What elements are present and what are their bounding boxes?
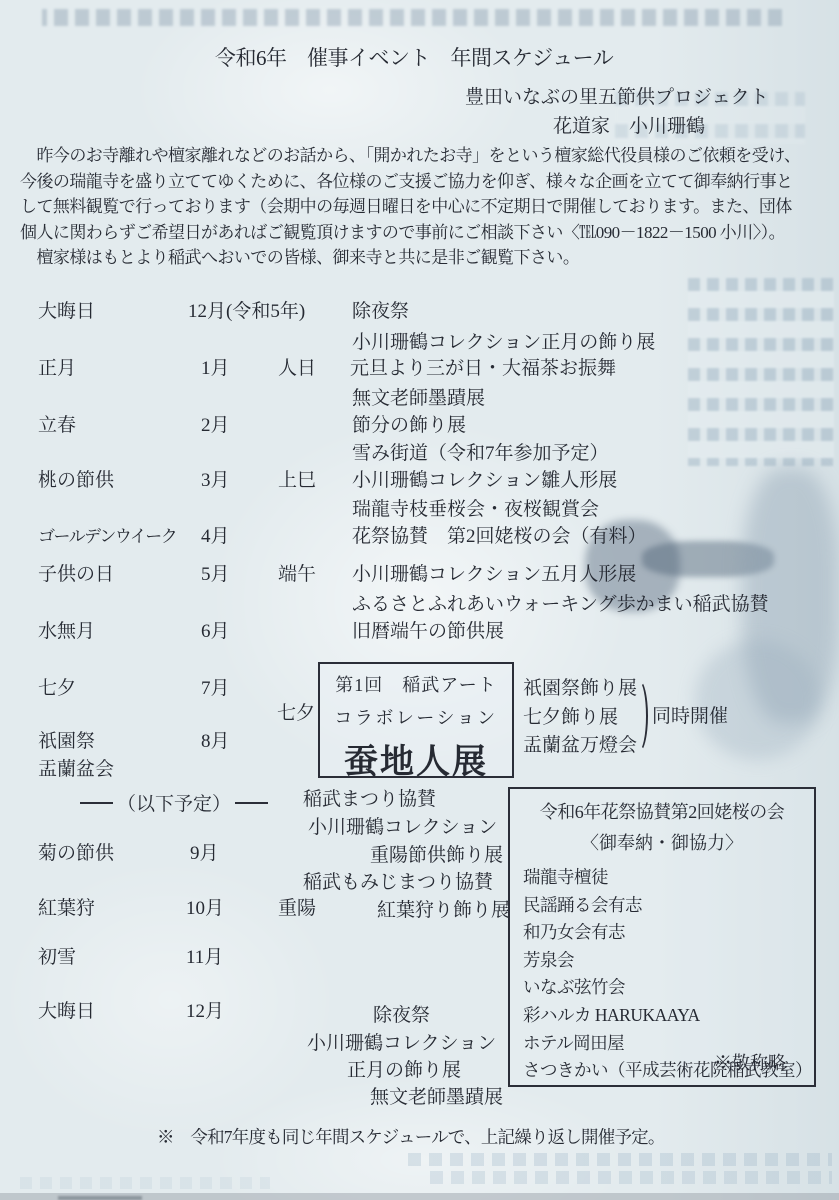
plan-divider-label: （以下予定） bbox=[117, 789, 231, 816]
row9-detail: 重陽節供飾り展 bbox=[370, 845, 503, 867]
row9-event: 菊の節供 bbox=[38, 843, 114, 865]
supporter-item: 民謡踊る会有志 bbox=[523, 892, 814, 920]
project-name: 豊田いなぶの里五節供プロジェクト bbox=[465, 87, 769, 109]
urabon-event: 盂蘭盆会 bbox=[38, 759, 114, 781]
art-box-line2: コラボレーション bbox=[334, 704, 497, 730]
row9-month: 9月 bbox=[190, 843, 219, 865]
bleedthrough-bottom-band bbox=[430, 1171, 832, 1184]
row6-day: 端午 bbox=[278, 564, 316, 586]
row12-month: 12月 bbox=[186, 1001, 224, 1023]
bleedthrough-top-band bbox=[42, 9, 782, 26]
row2-month: 1月 bbox=[201, 358, 230, 380]
supporter-item: 彩ハルカ HARUKAAYA bbox=[523, 1002, 814, 1030]
row12-detail: 無文老師墨蹟展 bbox=[370, 1087, 503, 1109]
joint-brace bbox=[629, 679, 648, 753]
row1-month: 12月(令和5年) bbox=[188, 301, 305, 323]
joint-item: 祇園祭飾り展 bbox=[523, 678, 637, 700]
row5-month: 4月 bbox=[201, 526, 230, 548]
row10-detail: 紅葉狩り飾り展 bbox=[377, 900, 510, 922]
intro-line: 個人に関わらずご希望日があればご観覧頂けますので事前にご相談下さい〈℡090－1… bbox=[20, 223, 785, 243]
divider-dash bbox=[235, 802, 268, 804]
supporter-item: 芳泉会 bbox=[523, 947, 814, 975]
supporters-box: 令和6年花祭協賛第2回姥桜の会 〈御奉納・御協力〉 瑞龍寺檀徒 民謡踊る会有志 … bbox=[508, 787, 816, 1087]
row2-detail: 元旦より三が日・大福茶お振舞 bbox=[350, 358, 616, 380]
row12-detail: 正月の飾り展 bbox=[347, 1060, 461, 1082]
divider-dash bbox=[80, 802, 113, 804]
row7-detail: 旧暦端午の節供展 bbox=[352, 621, 504, 643]
supporters-box-subtitle: 〈御奉納・御協力〉 bbox=[510, 829, 814, 855]
row4-event: 桃の節供 bbox=[38, 470, 114, 492]
joint-item: 七夕飾り展 bbox=[523, 707, 618, 729]
row3-detail: 節分の飾り展 bbox=[352, 415, 466, 437]
joint-label: 同時開催 bbox=[652, 706, 728, 728]
bleedthrough-bottom-band bbox=[20, 1177, 270, 1189]
row12-event: 大晦日 bbox=[38, 1001, 95, 1023]
bleedthrough-blob bbox=[642, 541, 774, 577]
scan-edge bbox=[0, 1193, 839, 1200]
supporter-item: 瑞龍寺檀徒 bbox=[523, 864, 814, 892]
joint-item: 盂蘭盆万燈会 bbox=[523, 735, 637, 757]
intro-line: 檀家様はもとより稲武へおいでの皆様、御来寺と共に是非ご観覧下さい。 bbox=[20, 248, 579, 268]
row6-event: 子供の日 bbox=[38, 564, 114, 586]
row6-month: 5月 bbox=[201, 564, 230, 586]
bleedthrough-right-text-block bbox=[688, 278, 834, 466]
row2-detail: 無文老師墨蹟展 bbox=[352, 388, 485, 410]
row3-event: 立春 bbox=[38, 415, 76, 437]
july-month: 7月 bbox=[201, 678, 230, 700]
bleedthrough-bottom-band bbox=[408, 1153, 832, 1166]
row10-event: 紅葉狩 bbox=[38, 898, 95, 920]
row5-detail: 花祭協賛 第2回姥桜の会（有料） bbox=[352, 526, 647, 548]
bleedthrough-blob bbox=[695, 640, 820, 760]
row1-event: 大晦日 bbox=[38, 301, 95, 323]
row4-day: 上巳 bbox=[278, 470, 316, 492]
row4-month: 3月 bbox=[201, 470, 230, 492]
art-exhibition-box: 第1回 稲武アート コラボレーション 蚕地人展 bbox=[318, 662, 514, 778]
plan-detail: 小川珊鶴コレクション bbox=[308, 817, 497, 839]
row5-event: ゴールデンウイーク bbox=[38, 527, 176, 547]
row9-detail: 稲武もみじまつり協賛 bbox=[303, 872, 493, 894]
row3-detail: 雪み街道（令和7年参加予定） bbox=[352, 443, 609, 465]
row6-detail: ふるさとふれあいウォーキング歩かまい稲武協賛 bbox=[352, 594, 769, 616]
honorifics-note: ※敬称略 bbox=[714, 1049, 786, 1075]
row10-day: 重陽 bbox=[278, 898, 316, 920]
supporter-item: いなぶ弦竹会 bbox=[523, 974, 814, 1002]
scanned-schedule-document: 令和6年 催事イベント 年間スケジュール 豊田いなぶの里五節供プロジェクト 花道… bbox=[0, 0, 839, 1200]
row12-detail: 除夜祭 bbox=[373, 1005, 430, 1027]
supporters-box-title: 令和6年花祭協賛第2回姥桜の会 bbox=[510, 798, 814, 824]
footer-note: ※ 令和7年度も同じ年間スケジュールで、上記繰り返し開催予定。 bbox=[157, 1127, 665, 1147]
row7-month: 6月 bbox=[201, 621, 230, 643]
row11-event: 初雪 bbox=[38, 947, 76, 969]
august-month: 8月 bbox=[201, 731, 230, 753]
page-title: 令和6年 催事イベント 年間スケジュール bbox=[215, 46, 613, 70]
row11-month: 11月 bbox=[186, 947, 223, 969]
scan-corner-mark bbox=[58, 1196, 142, 1200]
art-box-title: 蚕地人展 bbox=[344, 734, 488, 783]
row4-detail: 小川珊鶴コレクション雛人形展 bbox=[352, 470, 617, 492]
intro-line: 昨今のお寺離れや檀家離れなどのお話から、「開かれたお寺」をという檀家総代役員様の… bbox=[20, 146, 800, 166]
intro-line: 今後の瑞龍寺を盛り立ててゆくために、各位様のご支援ご協力を仰ぎ、様々な企画を立て… bbox=[20, 172, 792, 192]
gion-event: 祇園祭 bbox=[38, 731, 95, 753]
supporter-item: 和乃女会有志 bbox=[523, 919, 814, 947]
tanabata-day: 七夕 bbox=[277, 703, 315, 725]
row6-detail: 小川珊鶴コレクション五月人形展 bbox=[352, 564, 636, 586]
art-box-line1: 第1回 稲武アート bbox=[335, 671, 496, 697]
row1-detail: 小川珊鶴コレクション正月の飾り展 bbox=[352, 332, 655, 354]
author-name: 花道家 小川珊鶴 bbox=[553, 116, 705, 138]
row4-detail: 瑞龍寺枝垂桜会・夜桜観賞会 bbox=[352, 499, 599, 521]
plan-detail: 稲武まつり協賛 bbox=[303, 789, 436, 811]
row1-detail: 除夜祭 bbox=[352, 301, 409, 323]
tanabata-event: 七夕 bbox=[38, 678, 76, 700]
intro-line: して無料観覧で行っております（会期中の毎週日曜日を中心に不定期日で開催しておりま… bbox=[20, 197, 792, 217]
row2-day: 人日 bbox=[278, 358, 316, 380]
row12-detail: 小川珊鶴コレクション bbox=[307, 1033, 496, 1055]
plan-divider: （以下予定） bbox=[80, 789, 268, 816]
row3-month: 2月 bbox=[201, 415, 230, 437]
row7-event: 水無月 bbox=[38, 621, 95, 643]
row10-month: 10月 bbox=[186, 898, 224, 920]
row2-event: 正月 bbox=[38, 358, 76, 380]
